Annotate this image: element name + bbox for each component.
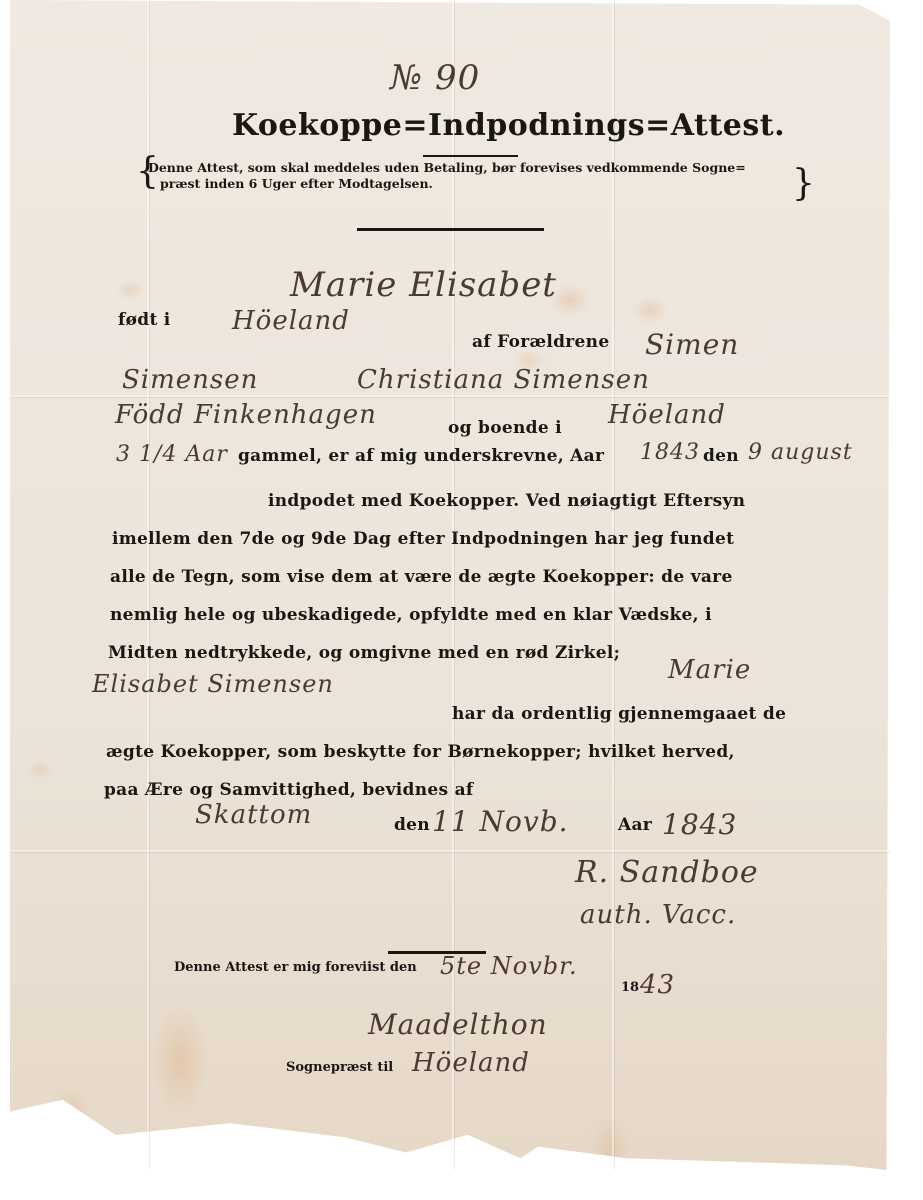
body-line-6: ægte Koekopper, som beskytte for Børneko… [106,742,735,762]
signed-place: Skattom [195,800,312,830]
signed-den-label: den [394,815,430,835]
priest-label: Sognepræst til [286,1060,393,1075]
father-last-name: Simensen [122,365,258,395]
father-first-name: Simen [645,328,739,361]
paper-fold [10,850,890,852]
title-rule [423,155,518,157]
signed-date: 11 Novb. [432,805,569,838]
born-place: Höeland [232,306,350,336]
document-title: Koekoppe=Indpodnings=Attest. [232,108,785,143]
body-line-3: nemlig hele og ubeskadigede, opfyldte me… [110,605,712,625]
child-name: Marie Elisabet [290,265,557,305]
vaccinator-title: auth. Vacc. [580,900,736,930]
born-label: født i [118,310,171,330]
mother-maiden-name: Född Finkenhagen [115,400,377,430]
presented-year-suffix: 43 [640,970,675,1000]
notice-line-1: Denne Attest, som skal meddeles uden Bet… [148,160,746,176]
vaccinator-signature: R. Sandboe [575,855,759,890]
body-line-7: paa Ære og Samvittighed, bevidnes af [104,780,474,800]
signed-aar-label: Aar [618,815,652,835]
child-name-repeat-rest: Elisabet Simensen [92,670,334,698]
body-line-5: har da ordentlig gjennemgaaet de [452,704,786,724]
vaccination-year: 1843 [640,440,700,465]
signed-year: 1843 [662,808,737,841]
body-line-4: Midten nedtrykkede, og omgivne med en rø… [108,643,620,663]
presented-label: Denne Attest er mig foreviist den [174,960,417,975]
residing-label: og boende i [448,418,562,438]
body-line-2: alle de Tegn, som vise dem at være de æg… [110,567,733,587]
notice-brace-right: } [792,166,815,202]
text-indpodet: indpodet med Koekopper. Ved nøiagtigt Ef… [268,491,745,511]
presented-date: 5te Novbr. [440,952,578,980]
child-name-repeat-first: Marie [668,655,751,685]
body-line-1: imellem den 7de og 9de Dag efter Indpodn… [112,529,734,549]
parents-label: af Forældrene [472,332,609,352]
paper-fold [10,395,890,397]
mother-name: Christiana Simensen [357,365,650,395]
presented-year-prefix: 18 [621,980,639,995]
text-gammel: gammel, er af mig underskrevne, Aar [238,446,604,466]
child-age: 3 1/4 Aar [116,442,228,467]
priest-parish: Höeland [412,1048,530,1078]
notice-line-2: præst inden 6 Uger efter Modtagelsen. [160,176,433,192]
den-label: den [703,446,739,466]
residing-place: Höeland [608,400,726,430]
vaccination-date: 9 august [748,440,853,465]
certificate-number: № 90 [390,58,480,98]
separator-rule [357,228,544,231]
priest-signature: Maadelthon [368,1008,548,1041]
